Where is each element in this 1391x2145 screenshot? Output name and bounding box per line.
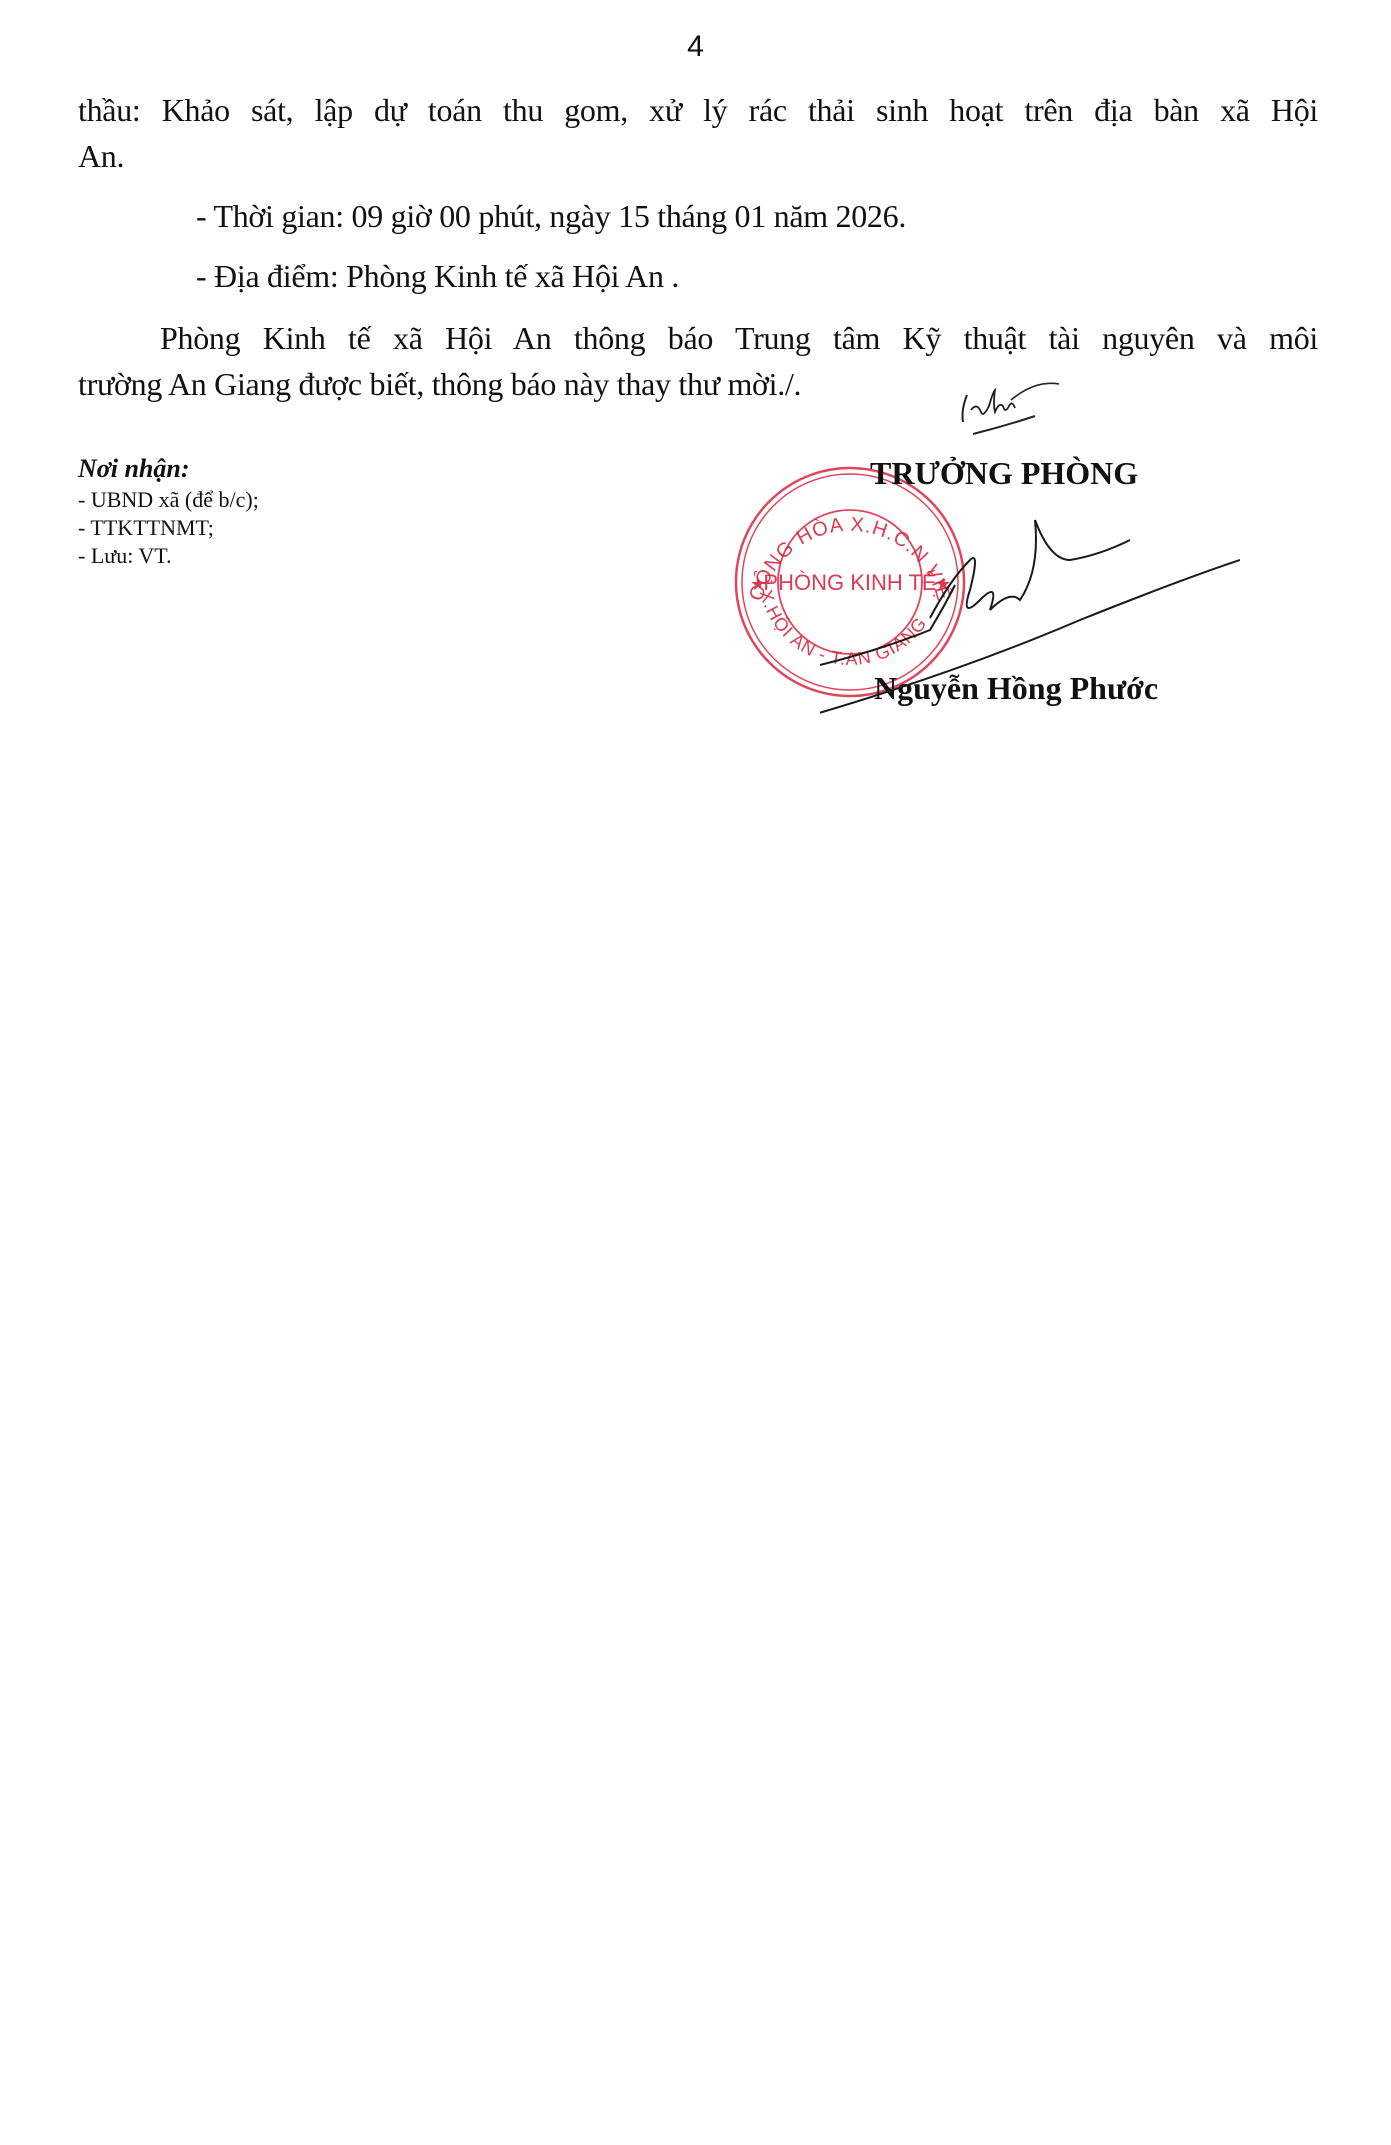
body-text-line: thầu: Khảo sát, lập dự toán thu gom, xử … (78, 92, 1318, 129)
recipients-section: Nơi nhận: - UBND xã (để b/c); - TTKTTNMT… (78, 454, 259, 570)
closing-paragraph-line: Phòng Kinh tế xã Hội An thông báo Trung … (160, 320, 1318, 357)
initials-mark (955, 370, 1065, 440)
body-text-line: An. (78, 138, 124, 175)
recipient-item: - Lưu: VT. (78, 542, 259, 570)
meeting-location: - Địa điểm: Phòng Kinh tế xã Hội An . (196, 258, 679, 295)
signer-title: TRƯỞNG PHÒNG (870, 455, 1138, 492)
recipient-item: - TTKTTNMT; (78, 514, 259, 542)
page-number: 4 (0, 30, 1391, 64)
handwritten-signature (820, 500, 1240, 720)
recipients-title: Nơi nhận: (78, 454, 259, 484)
closing-paragraph-line: trường An Giang được biết, thông báo này… (78, 366, 801, 403)
recipient-item: - UBND xã (để b/c); (78, 486, 259, 514)
meeting-time: - Thời gian: 09 giờ 00 phút, ngày 15 thá… (196, 198, 906, 235)
